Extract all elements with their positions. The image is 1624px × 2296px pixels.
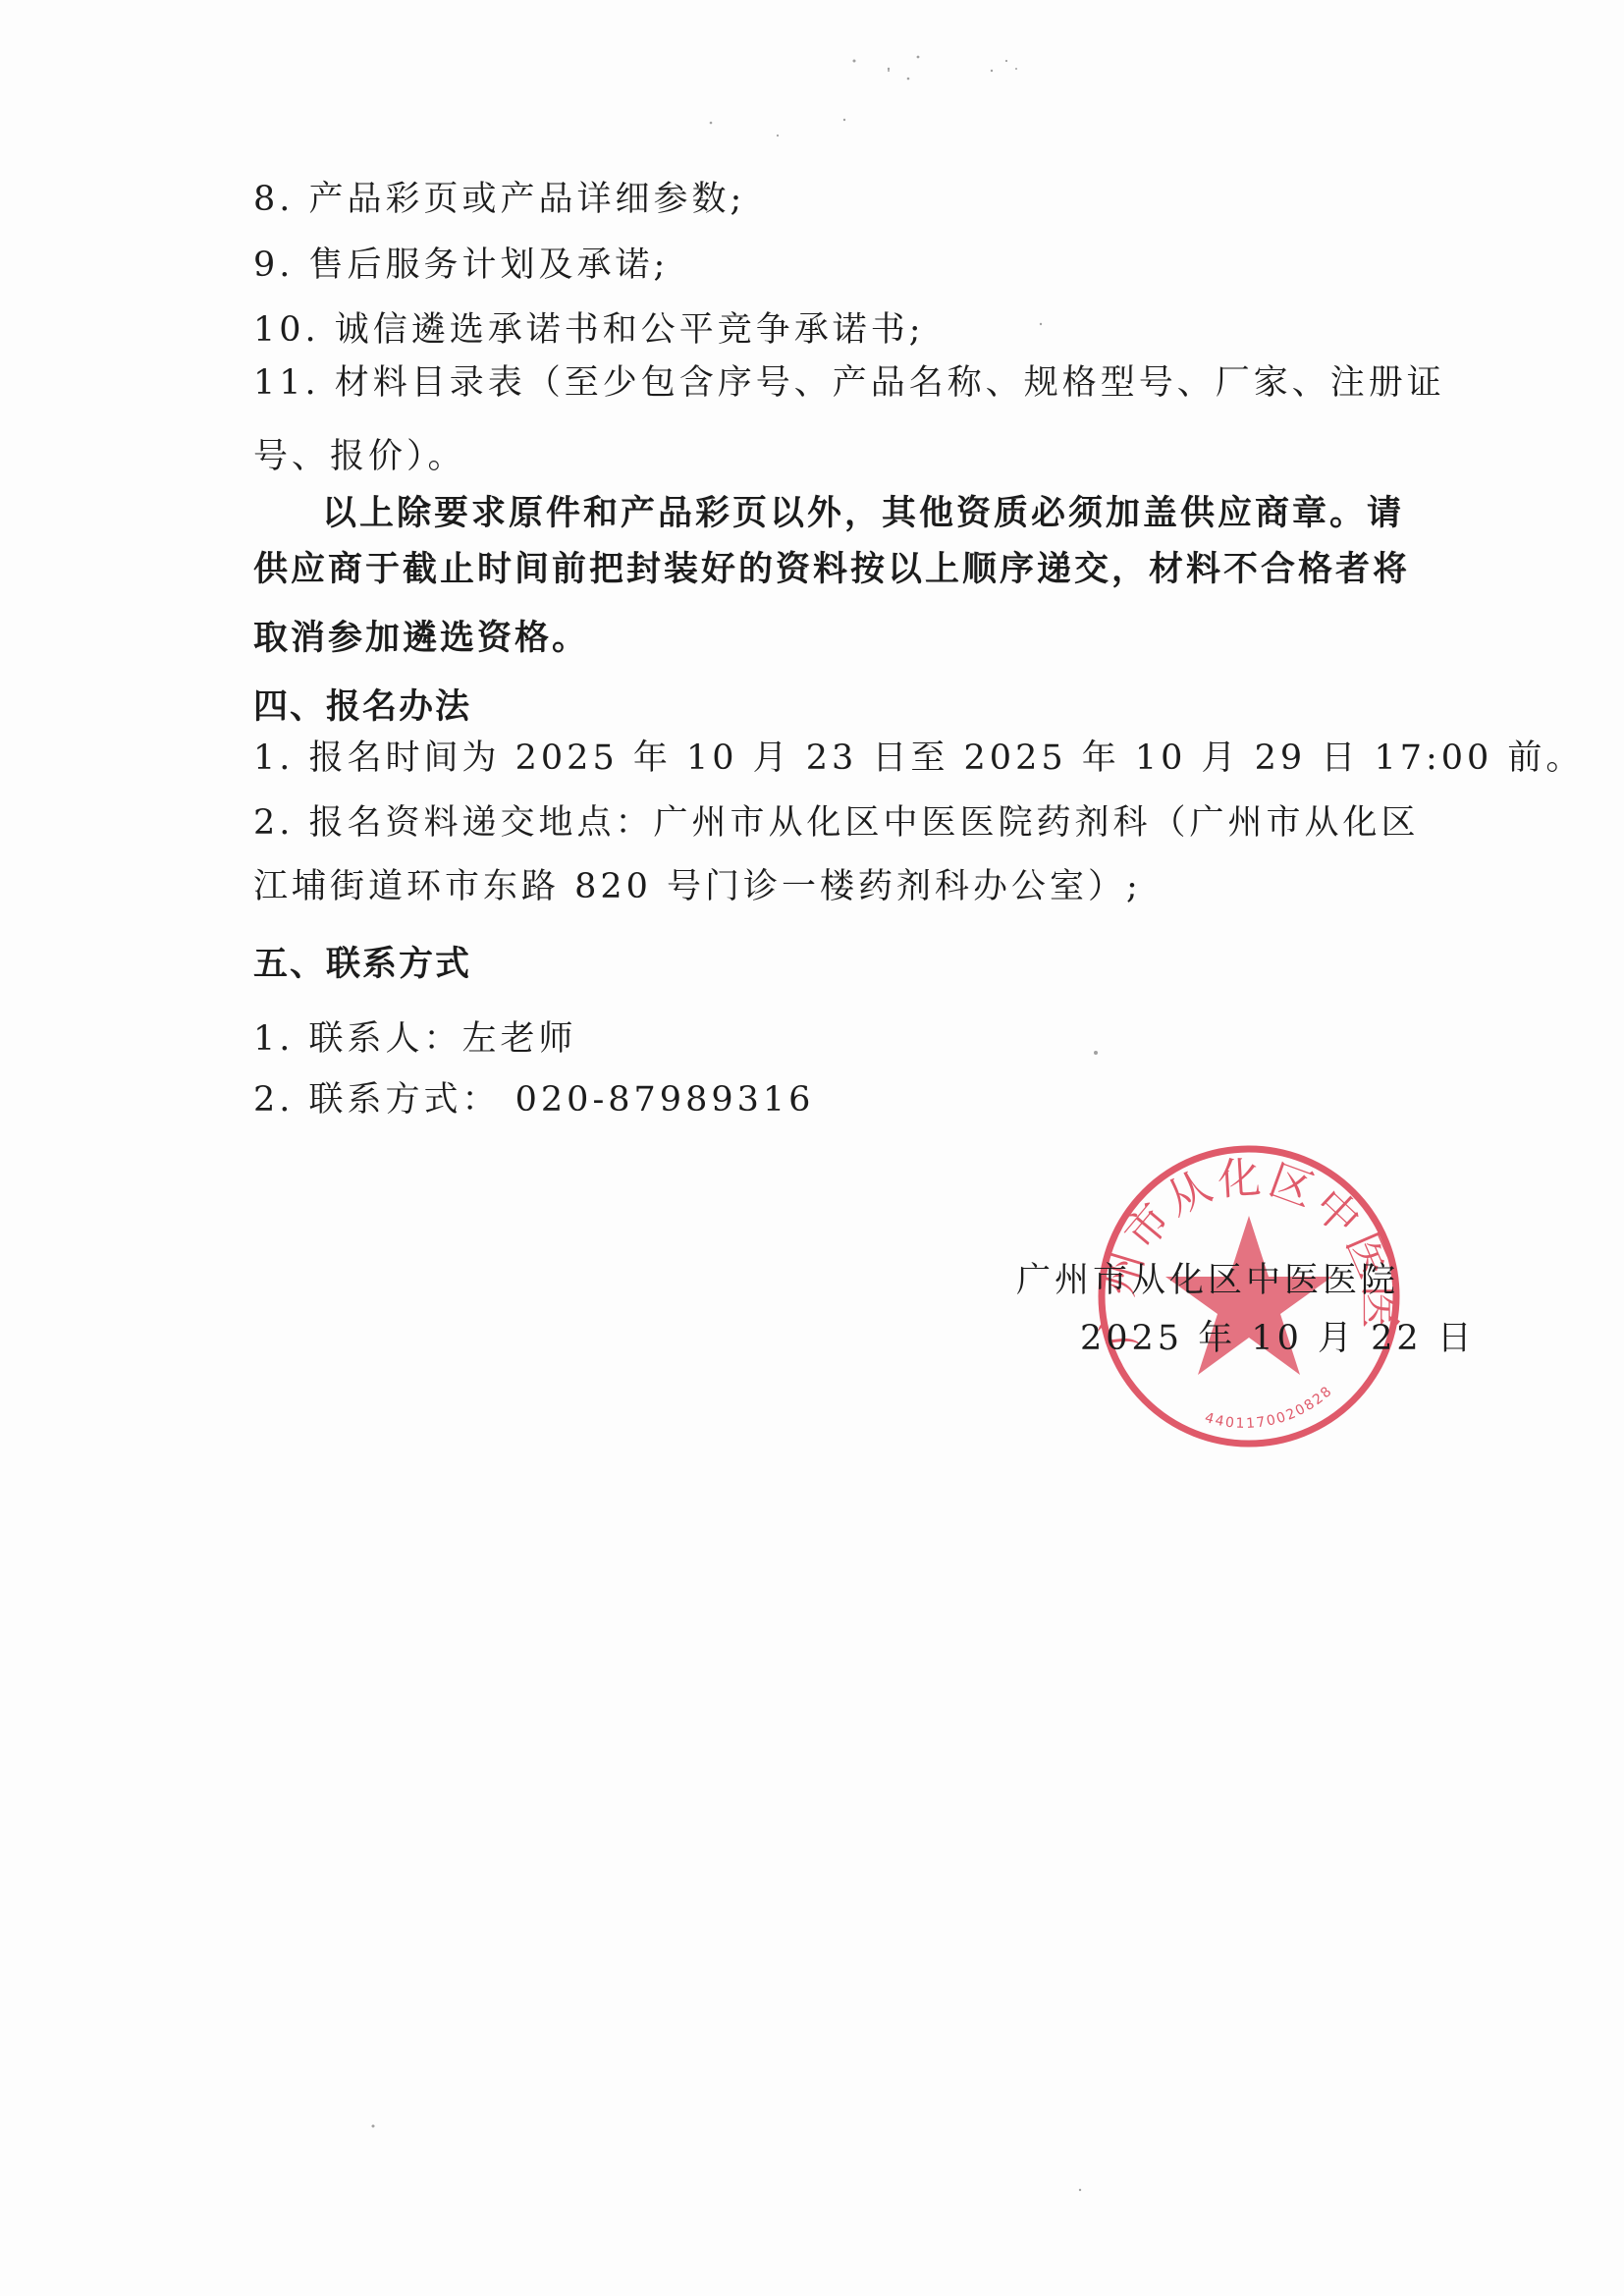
signature-organization: 广州市从化区中医医院 bbox=[1016, 1261, 1399, 1300]
notice-paragraph-line3: 取消参加遴选资格。 bbox=[253, 619, 589, 658]
section-4-item-2-cont: 江埔街道环市东路 820 号门诊一楼药剂科办公室）; bbox=[253, 867, 1142, 906]
list-item-9: 9. 售后服务计划及承诺; bbox=[253, 246, 669, 285]
section-5-heading: 五、联系方式 bbox=[253, 945, 471, 984]
section-5-contact-person: 1. 联系人：左老师 bbox=[253, 1019, 577, 1059]
section-4-heading: 四、报名办法 bbox=[253, 687, 471, 727]
notice-paragraph-line1: 以上除要求原件和产品彩页以外，其他资质必须加盖供应商章。请 bbox=[322, 494, 1404, 533]
list-item-11-cont: 号、报价）。 bbox=[253, 437, 466, 476]
section-5-contact-phone: 2. 联系方式： 020-87989316 bbox=[253, 1080, 814, 1120]
document-page: 8. 产品彩页或产品详细参数; 9. 售后服务计划及承诺; 10. 诚信遴选承诺… bbox=[0, 0, 1624, 2296]
signature-date: 2025 年 10 月 22 日 bbox=[1080, 1319, 1476, 1358]
section-4-item-2: 2. 报名资料递交地点：广州市从化区中医医院药剂科（广州市从化区 bbox=[253, 803, 1420, 843]
list-item-10: 10. 诚信遴选承诺书和公平竞争承诺书; bbox=[253, 310, 925, 350]
list-item-11: 11. 材料目录表（至少包含序号、产品名称、规格型号、厂家、注册证 bbox=[253, 363, 1445, 403]
list-item-8: 8. 产品彩页或产品详细参数; bbox=[253, 180, 745, 219]
notice-paragraph-line2: 供应商于截止时间前把封装好的资料按以上顺序递交，材料不合格者将 bbox=[253, 550, 1410, 589]
section-4-item-1: 1. 报名时间为 2025 年 10 月 23 日至 2025 年 10 月 2… bbox=[253, 738, 1584, 778]
